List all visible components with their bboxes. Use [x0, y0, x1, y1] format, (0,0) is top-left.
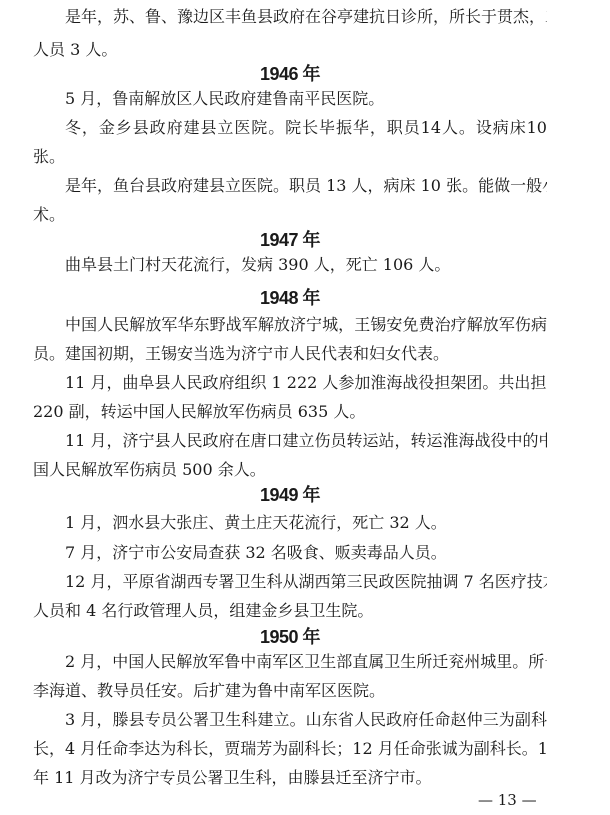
- paragraph-line: 人员和 4 名行政管理人员，组建金乡县卫生院。: [33, 600, 547, 622]
- year-heading-1946: 1946 年: [0, 62, 580, 86]
- paragraph-line: 是年，鱼台县政府建县立医院。职员 13 人，病床 10 张。能做一般小手: [65, 175, 547, 197]
- paragraph-line: 12 月，平原省湖西专署卫生科从湖西第三民政医院抽调 7 名医疗技术: [65, 571, 547, 593]
- paragraph-line: 曲阜县土门村天花流行，发病 390 人，死亡 106 人。: [65, 254, 547, 276]
- paragraph-line: 220 副，转运中国人民解放军伤病员 635 人。: [33, 401, 547, 423]
- paragraph-line: 是年，苏、鲁、豫边区丰鱼县政府在谷亭建抗日诊所，所长于贯杰，工作: [65, 6, 547, 28]
- paragraph-line: 3 月，滕县专员公署卫生科建立。山东省人民政府任命赵仲三为副科: [65, 709, 547, 731]
- year-heading-1950: 1950 年: [0, 625, 580, 649]
- paragraph-line: 张。: [33, 146, 547, 168]
- paragraph-line: 人员 3 人。: [33, 39, 547, 61]
- paragraph-line: 冬，金乡县政府建县立医院。院长毕振华，职员14人。设病床10: [65, 117, 547, 139]
- document-page: 是年，苏、鲁、豫边区丰鱼县政府在谷亭建抗日诊所，所长于贯杰，工作 人员 3 人。…: [0, 0, 610, 815]
- paragraph-line: 5 月，鲁南解放区人民政府建鲁南平民医院。: [65, 88, 547, 110]
- paragraph-line: 员。建国初期，王锡安当选为济宁市人民代表和妇女代表。: [33, 343, 547, 365]
- paragraph-line: 李海道、教导员任安。后扩建为鲁中南军区医院。: [33, 680, 547, 702]
- paragraph-line: 长，4 月任命李达为科长，贾瑞芳为副科长；12 月任命张诚为副科长。1953: [33, 738, 547, 760]
- paragraph-line: 国人民解放军伤病员 500 余人。: [33, 459, 547, 481]
- paragraph-line: 11 月，曲阜县人民政府组织 1 222 人参加淮海战役担架团。共出担架: [65, 372, 547, 394]
- paragraph-line: 2 月，中国人民解放军鲁中南军区卫生部直属卫生所迁兖州城里。所长: [65, 651, 547, 673]
- paragraph-line: 术。: [33, 204, 547, 226]
- paragraph-line: 中国人民解放军华东野战军解放济宁城，王锡安免费治疗解放军伤病: [65, 314, 547, 336]
- year-heading-1947: 1947 年: [0, 228, 580, 252]
- year-heading-1948: 1948 年: [0, 286, 580, 310]
- paragraph-line: 1 月，泗水县大张庄、黄土庄天花流行，死亡 32 人。: [65, 512, 547, 534]
- page-number: — 13 —: [478, 790, 537, 810]
- paragraph-line: 7 月，济宁市公安局查获 32 名吸食、贩卖毒品人员。: [65, 542, 547, 564]
- paragraph-line: 年 11 月改为济宁专员公署卫生科，由滕县迁至济宁市。: [33, 767, 547, 789]
- year-heading-1949: 1949 年: [0, 483, 580, 507]
- paragraph-line: 11 月，济宁县人民政府在唐口建立伤员转运站，转运淮海战役中的中: [65, 430, 547, 452]
